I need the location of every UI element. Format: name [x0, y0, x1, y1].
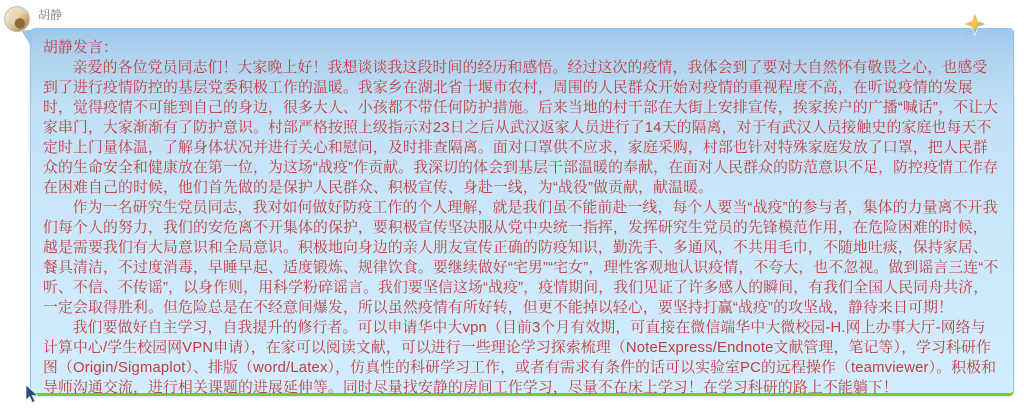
- message-paragraph: 亲爱的各位党员同志们！大家晚上好！我想谈谈我这段时间的经历和感悟。经过这次的疫情…: [43, 58, 1000, 198]
- message-speaker-line: 胡静发言：: [43, 38, 1000, 58]
- chat-window: 胡静 胡静发言： 亲爱的各位党员同志们！大家晚上好！我想谈谈我这段时间的经历和感…: [0, 0, 1024, 410]
- message-bubble[interactable]: 胡静发言： 亲爱的各位党员同志们！大家晚上好！我想谈谈我这段时间的经历和感悟。经…: [30, 28, 1014, 396]
- message-text: 胡静发言： 亲爱的各位党员同志们！大家晚上好！我想谈谈我这段时间的经历和感悟。经…: [43, 38, 1000, 398]
- message-paragraph: 作为一名研究生党员同志，我对如何做好防疫工作的个人理解，就是我们虽不能前赴一线，…: [43, 198, 1000, 318]
- message-paragraph: 我们要做好自主学习，自我提升的修行者。可以申请华中大vpn（目前3个月有效期，可…: [43, 318, 1000, 398]
- avatar[interactable]: [4, 6, 30, 32]
- bubble-tail-icon: [22, 30, 32, 48]
- sender-name: 胡静: [38, 8, 62, 22]
- mouse-cursor-icon: [25, 385, 41, 405]
- star-decoration-icon: [961, 12, 987, 40]
